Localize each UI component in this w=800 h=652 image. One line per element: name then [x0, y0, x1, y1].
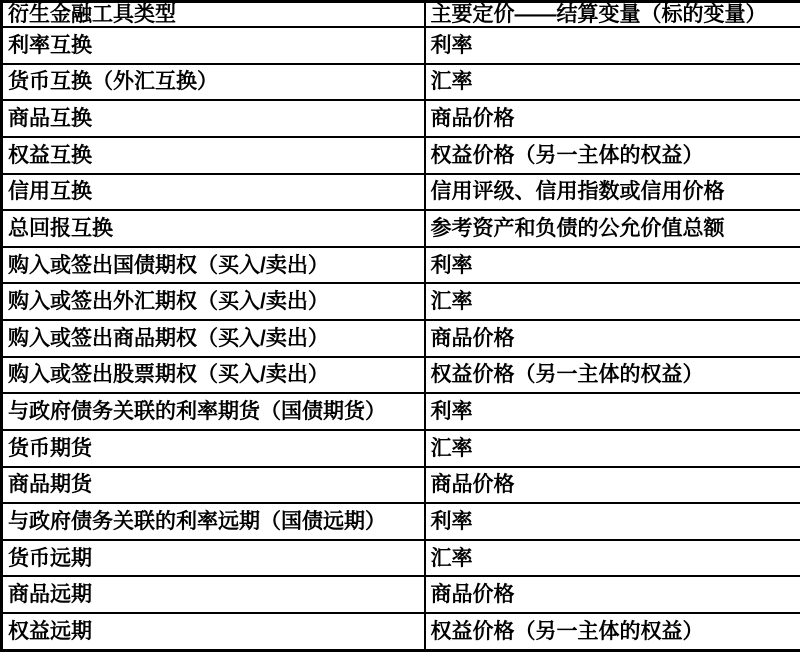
cell-instrument-type: 信用互换	[2, 174, 425, 211]
cell-instrument-type: 货币互换（外汇互换）	[2, 64, 425, 101]
cell-instrument-type: 商品互换	[2, 100, 425, 137]
cell-instrument-type: 商品期货	[2, 467, 425, 504]
table-row: 利率互换利率	[2, 27, 800, 64]
table-row: 总回报互换参考资产和负债的公允价值总额	[2, 210, 800, 247]
table-row: 购入或签出股票期权（买入/卖出）权益价格（另一主体的权益）	[2, 357, 800, 394]
cell-pricing-variable: 权益价格（另一主体的权益）	[425, 357, 800, 394]
table-row: 商品互换商品价格	[2, 100, 800, 137]
table-row: 货币期货汇率	[2, 430, 800, 467]
cell-pricing-variable: 利率	[425, 393, 800, 430]
cell-instrument-type: 商品远期	[2, 576, 425, 613]
table-row: 权益互换权益价格（另一主体的权益）	[2, 137, 800, 174]
cell-instrument-type: 货币远期	[2, 540, 425, 577]
cell-pricing-variable: 参考资产和负债的公允价值总额	[425, 210, 800, 247]
table-row: 购入或签出商品期权（买入/卖出）商品价格	[2, 320, 800, 357]
cell-pricing-variable: 信用评级、信用指数或信用价格	[425, 174, 800, 211]
cell-pricing-variable: 权益价格（另一主体的权益）	[425, 613, 800, 650]
cell-pricing-variable: 利率	[425, 247, 800, 284]
derivatives-table: 衍生金融工具类型 主要定价——结算变量（标的变量） 利率互换利率货币互换（外汇互…	[0, 0, 800, 652]
cell-instrument-type: 购入或签出股票期权（买入/卖出）	[2, 357, 425, 394]
cell-pricing-variable: 汇率	[425, 540, 800, 577]
table-row: 购入或签出外汇期权（买入/卖出）汇率	[2, 283, 800, 320]
cell-pricing-variable: 商品价格	[425, 100, 800, 137]
cell-instrument-type: 购入或签出外汇期权（买入/卖出）	[2, 283, 425, 320]
header-cell-pricing-variable: 主要定价——结算变量（标的变量）	[425, 2, 800, 28]
cell-instrument-type: 货币期货	[2, 430, 425, 467]
table-row: 权益远期权益价格（另一主体的权益）	[2, 613, 800, 650]
header-cell-instrument-type: 衍生金融工具类型	[2, 2, 425, 28]
cell-pricing-variable: 汇率	[425, 430, 800, 467]
cell-instrument-type: 权益互换	[2, 137, 425, 174]
cell-pricing-variable: 商品价格	[425, 467, 800, 504]
cell-pricing-variable: 权益价格（另一主体的权益）	[425, 137, 800, 174]
table-row: 货币远期汇率	[2, 540, 800, 577]
cell-pricing-variable: 商品价格	[425, 320, 800, 357]
table-header-row: 衍生金融工具类型 主要定价——结算变量（标的变量）	[2, 2, 800, 28]
table-header: 衍生金融工具类型 主要定价——结算变量（标的变量）	[2, 2, 800, 28]
cell-pricing-variable: 商品价格	[425, 576, 800, 613]
cell-instrument-type: 总回报互换	[2, 210, 425, 247]
cell-instrument-type: 利率互换	[2, 27, 425, 64]
cell-pricing-variable: 利率	[425, 27, 800, 64]
table-row: 商品期货商品价格	[2, 467, 800, 504]
cell-instrument-type: 权益远期	[2, 613, 425, 650]
table-row: 与政府债务关联的利率远期（国债远期）利率	[2, 503, 800, 540]
cell-instrument-type: 购入或签出商品期权（买入/卖出）	[2, 320, 425, 357]
table-row: 货币互换（外汇互换）汇率	[2, 64, 800, 101]
cell-pricing-variable: 汇率	[425, 64, 800, 101]
table-body: 利率互换利率货币互换（外汇互换）汇率商品互换商品价格权益互换权益价格（另一主体的…	[2, 27, 800, 650]
table-row: 与政府债务关联的利率期货（国债期货）利率	[2, 393, 800, 430]
cell-instrument-type: 与政府债务关联的利率期货（国债期货）	[2, 393, 425, 430]
table-row: 商品远期商品价格	[2, 576, 800, 613]
table-row: 购入或签出国债期权（买入/卖出）利率	[2, 247, 800, 284]
cell-pricing-variable: 汇率	[425, 283, 800, 320]
cell-instrument-type: 购入或签出国债期权（买入/卖出）	[2, 247, 425, 284]
table-row: 信用互换信用评级、信用指数或信用价格	[2, 174, 800, 211]
cell-pricing-variable: 利率	[425, 503, 800, 540]
cell-instrument-type: 与政府债务关联的利率远期（国债远期）	[2, 503, 425, 540]
